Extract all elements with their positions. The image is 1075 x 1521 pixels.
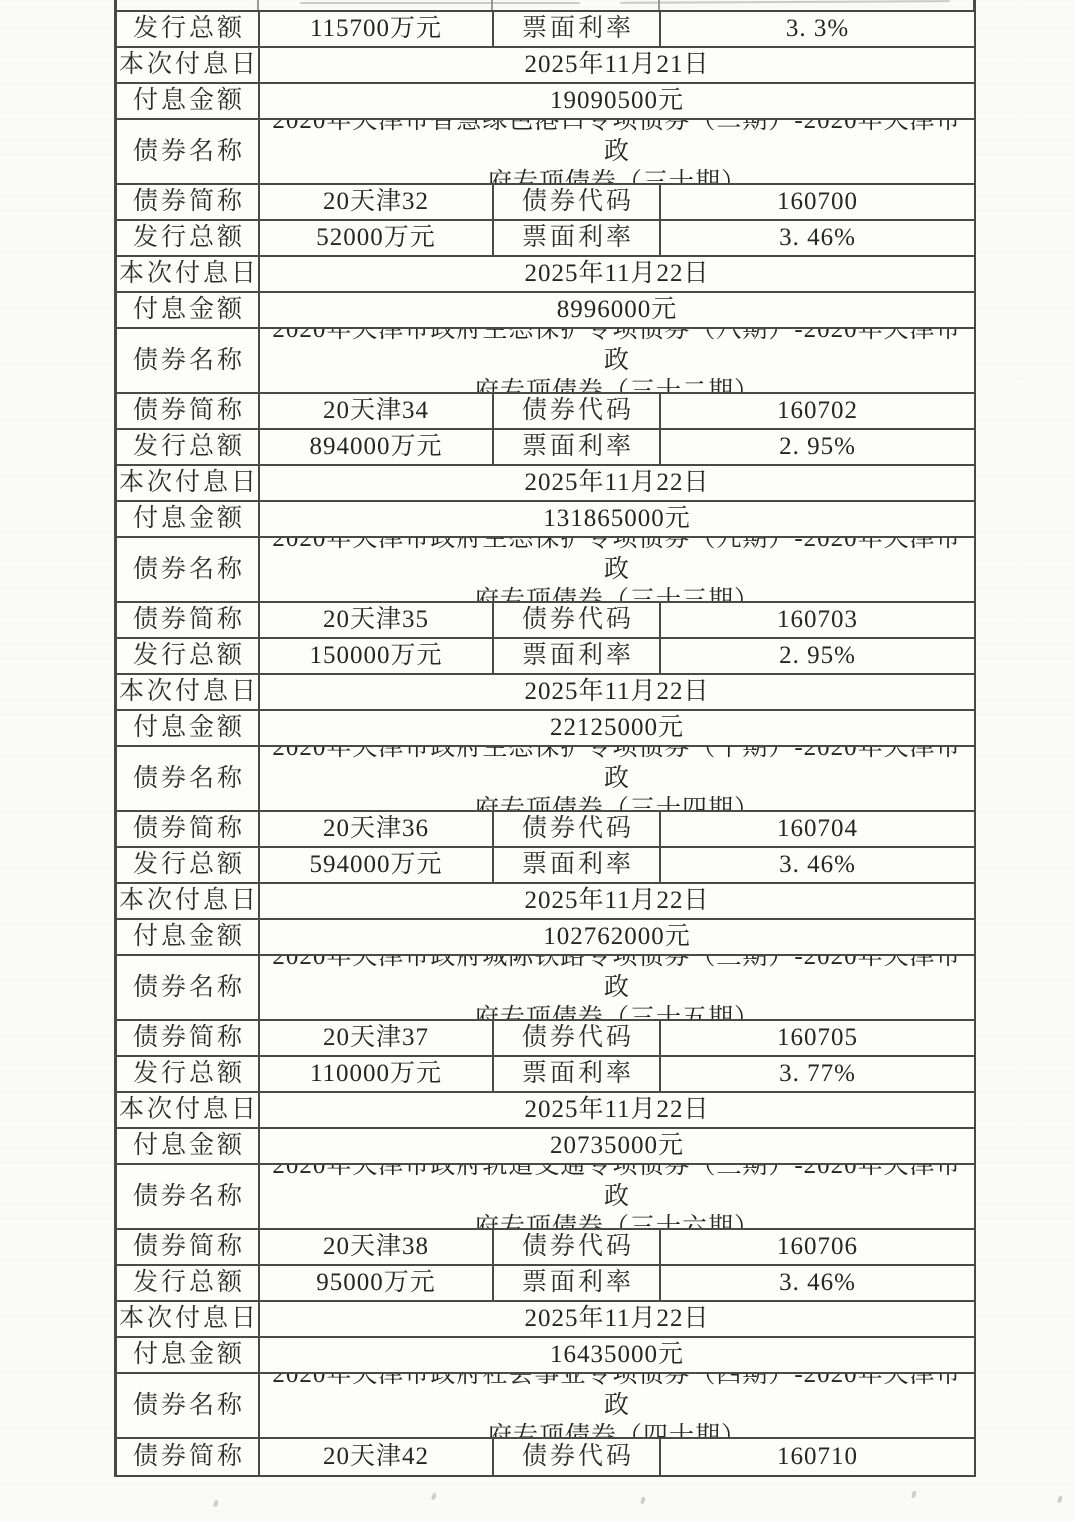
field-label: 付息金额	[117, 84, 260, 118]
field-label: 本次付息日	[117, 466, 260, 500]
bond-name-row: 债券名称2020年天津市政府轨道交通专项债券（三期）-2020年天津市政 府专项…	[117, 1165, 974, 1230]
table-row: 本次付息日2025年11月22日	[117, 1302, 974, 1338]
bond-name-row: 债券名称2020年天津市政府生态保护专项债券（八期）-2020年天津市政 府专项…	[117, 329, 974, 394]
table-row: 本次付息日2025年11月22日	[117, 1093, 974, 1129]
field-value: 2020年天津市政府生态保护专项债券（十期）-2020年天津市政 府专项债券（三…	[260, 747, 974, 810]
field-value: 52000万元	[260, 221, 494, 255]
field-label: 发行总额	[117, 12, 260, 46]
field-value: 160710	[661, 1439, 974, 1475]
field-value: 95000万元	[260, 1266, 494, 1300]
field-label: 债券名称	[117, 1165, 260, 1228]
field-value: 131865000元	[260, 502, 974, 536]
table-row: 付息金额19090500元	[117, 84, 974, 120]
scan-artifact	[640, 1497, 646, 1505]
table-row: 发行总额894000万元票面利率2. 95%	[117, 430, 974, 466]
field-label: 债券简称	[117, 394, 260, 428]
field-value: 16435000元	[260, 1338, 974, 1372]
scan-artifact	[1057, 1496, 1063, 1504]
field-label: 债券代码	[494, 1021, 661, 1055]
bond-name-row: 债券名称2020年天津市政府生态保护专项债券（九期）-2020年天津市政 府专项…	[117, 538, 974, 603]
bond-name-row: 债券名称2020年天津市政府城际铁路专项债券（三期）-2020年天津市政 府专项…	[117, 956, 974, 1021]
field-value: 20天津37	[260, 1021, 494, 1055]
field-value: 2. 95%	[661, 639, 974, 673]
bond-name-row: 债券名称2020年天津市政府社会事业专项债券（四期）-2020年天津市政 府专项…	[117, 1374, 974, 1439]
scanned-document-page: 发行总额115700万元票面利率3. 3%本次付息日2025年11月21日付息金…	[0, 0, 1075, 1521]
table-row: 付息金额131865000元	[117, 502, 974, 538]
table-row: 付息金额20735000元	[117, 1129, 974, 1165]
field-label: 付息金额	[117, 920, 260, 954]
table-border-remnant	[114, 0, 117, 10]
field-value: 110000万元	[260, 1057, 494, 1091]
field-value: 2025年11月22日	[260, 1093, 974, 1127]
table-row: 债券简称20天津36债券代码160704	[117, 812, 974, 848]
field-value: 160706	[661, 1230, 974, 1264]
field-value: 2025年11月22日	[260, 675, 974, 709]
field-value: 8996000元	[260, 293, 974, 327]
field-value: 3. 77%	[661, 1057, 974, 1091]
field-value: 160702	[661, 394, 974, 428]
field-label: 债券简称	[117, 1439, 260, 1475]
field-label: 付息金额	[117, 711, 260, 745]
field-value: 2025年11月22日	[260, 257, 974, 291]
scan-artifact	[431, 1493, 437, 1501]
field-label: 债券名称	[117, 956, 260, 1019]
field-value: 2. 95%	[661, 430, 974, 464]
field-label: 票面利率	[494, 221, 661, 255]
field-value: 20天津34	[260, 394, 494, 428]
field-value: 160700	[661, 185, 974, 219]
scan-artifact	[911, 1491, 917, 1499]
field-value: 115700万元	[260, 12, 494, 46]
field-value: 2025年11月22日	[260, 884, 974, 918]
field-label: 债券名称	[117, 329, 260, 392]
table-border-remnant	[257, 0, 259, 10]
field-value: 160705	[661, 1021, 974, 1055]
field-label: 债券代码	[494, 394, 661, 428]
field-label: 债券代码	[494, 812, 661, 846]
table-row: 债券简称20天津32债券代码160700	[117, 185, 974, 221]
field-label: 债券简称	[117, 185, 260, 219]
field-label: 债券简称	[117, 1021, 260, 1055]
field-value: 22125000元	[260, 711, 974, 745]
table-row: 本次付息日2025年11月22日	[117, 884, 974, 920]
table-row: 付息金额8996000元	[117, 293, 974, 329]
field-label: 债券名称	[117, 1374, 260, 1437]
field-value: 2020年天津市政府生态保护专项债券（九期）-2020年天津市政 府专项债券（三…	[260, 538, 974, 601]
field-label: 债券代码	[494, 603, 661, 637]
field-label: 票面利率	[494, 12, 661, 46]
field-label: 债券名称	[117, 747, 260, 810]
field-label: 本次付息日	[117, 884, 260, 918]
table-row: 本次付息日2025年11月22日	[117, 675, 974, 711]
table-row: 发行总额150000万元票面利率2. 95%	[117, 639, 974, 675]
field-label: 发行总额	[117, 639, 260, 673]
field-label: 本次付息日	[117, 257, 260, 291]
field-label: 票面利率	[494, 1057, 661, 1091]
bond-payment-table: 发行总额115700万元票面利率3. 3%本次付息日2025年11月21日付息金…	[114, 10, 976, 1477]
field-label: 票面利率	[494, 430, 661, 464]
scan-artifact	[213, 1500, 219, 1508]
table-row: 付息金额16435000元	[117, 1338, 974, 1374]
field-label: 债券名称	[117, 538, 260, 601]
field-value: 2020年天津市政府生态保护专项债券（八期）-2020年天津市政 府专项债券（三…	[260, 329, 974, 392]
field-label: 发行总额	[117, 1266, 260, 1300]
field-value: 3. 46%	[661, 221, 974, 255]
table-row: 本次付息日2025年11月21日	[117, 48, 974, 84]
table-row: 债券简称20天津38债券代码160706	[117, 1230, 974, 1266]
table-row: 债券简称20天津42债券代码160710	[117, 1439, 974, 1475]
field-label: 发行总额	[117, 221, 260, 255]
field-label: 本次付息日	[117, 675, 260, 709]
field-label: 债券代码	[494, 185, 661, 219]
field-value: 19090500元	[260, 84, 974, 118]
field-value: 2025年11月21日	[260, 48, 974, 82]
table-row: 发行总额110000万元票面利率3. 77%	[117, 1057, 974, 1093]
scan-artifact	[300, 2, 580, 4]
table-row: 发行总额52000万元票面利率3. 46%	[117, 221, 974, 257]
field-value: 2020年天津市政府社会事业专项债券（四期）-2020年天津市政 府专项债券（四…	[260, 1374, 974, 1437]
field-label: 发行总额	[117, 848, 260, 882]
field-label: 票面利率	[494, 639, 661, 673]
field-value: 20天津36	[260, 812, 494, 846]
field-value: 20天津35	[260, 603, 494, 637]
field-label: 债券简称	[117, 603, 260, 637]
field-label: 发行总额	[117, 430, 260, 464]
field-value: 2020年天津市政府轨道交通专项债券（三期）-2020年天津市政 府专项债券（三…	[260, 1165, 974, 1228]
table-row: 本次付息日2025年11月22日	[117, 257, 974, 293]
field-label: 付息金额	[117, 293, 260, 327]
field-value: 2020年天津市智慧绿色港口专项债券（二期）-2020年天津市政 府专项债券（三…	[260, 120, 974, 183]
field-label: 票面利率	[494, 848, 661, 882]
field-label: 本次付息日	[117, 1302, 260, 1336]
field-label: 发行总额	[117, 1057, 260, 1091]
field-value: 2020年天津市政府城际铁路专项债券（三期）-2020年天津市政 府专项债券（三…	[260, 956, 974, 1019]
field-value: 150000万元	[260, 639, 494, 673]
field-value: 20735000元	[260, 1129, 974, 1163]
field-value: 20天津42	[260, 1439, 494, 1475]
field-value: 2025年11月22日	[260, 1302, 974, 1336]
field-value: 20天津32	[260, 185, 494, 219]
field-label: 付息金额	[117, 1338, 260, 1372]
field-label: 付息金额	[117, 502, 260, 536]
table-row: 付息金额22125000元	[117, 711, 974, 747]
field-value: 3. 46%	[661, 1266, 974, 1300]
table-row: 本次付息日2025年11月22日	[117, 466, 974, 502]
field-label: 本次付息日	[117, 1093, 260, 1127]
table-row: 债券简称20天津35债券代码160703	[117, 603, 974, 639]
table-row: 发行总额115700万元票面利率3. 3%	[117, 12, 974, 48]
table-row: 付息金额102762000元	[117, 920, 974, 956]
field-value: 102762000元	[260, 920, 974, 954]
field-label: 债券代码	[494, 1439, 661, 1475]
field-value: 160704	[661, 812, 974, 846]
field-label: 付息金额	[117, 1129, 260, 1163]
field-label: 票面利率	[494, 1266, 661, 1300]
field-value: 20天津38	[260, 1230, 494, 1264]
field-value: 160703	[661, 603, 974, 637]
field-value: 2025年11月22日	[260, 466, 974, 500]
table-row: 发行总额594000万元票面利率3. 46%	[117, 848, 974, 884]
table-row: 发行总额95000万元票面利率3. 46%	[117, 1266, 974, 1302]
table-row: 债券简称20天津34债券代码160702	[117, 394, 974, 430]
table-border-remnant	[973, 0, 976, 10]
bond-name-row: 债券名称2020年天津市政府生态保护专项债券（十期）-2020年天津市政 府专项…	[117, 747, 974, 812]
scan-artifact	[620, 0, 950, 4]
bond-name-row: 债券名称2020年天津市智慧绿色港口专项债券（二期）-2020年天津市政 府专项…	[117, 120, 974, 185]
field-label: 债券名称	[117, 120, 260, 183]
field-label: 债券代码	[494, 1230, 661, 1264]
field-value: 594000万元	[260, 848, 494, 882]
field-value: 3. 3%	[661, 12, 974, 46]
field-label: 债券简称	[117, 1230, 260, 1264]
field-label: 本次付息日	[117, 48, 260, 82]
table-row: 债券简称20天津37债券代码160705	[117, 1021, 974, 1057]
field-label: 债券简称	[117, 812, 260, 846]
field-value: 894000万元	[260, 430, 494, 464]
field-value: 3. 46%	[661, 848, 974, 882]
